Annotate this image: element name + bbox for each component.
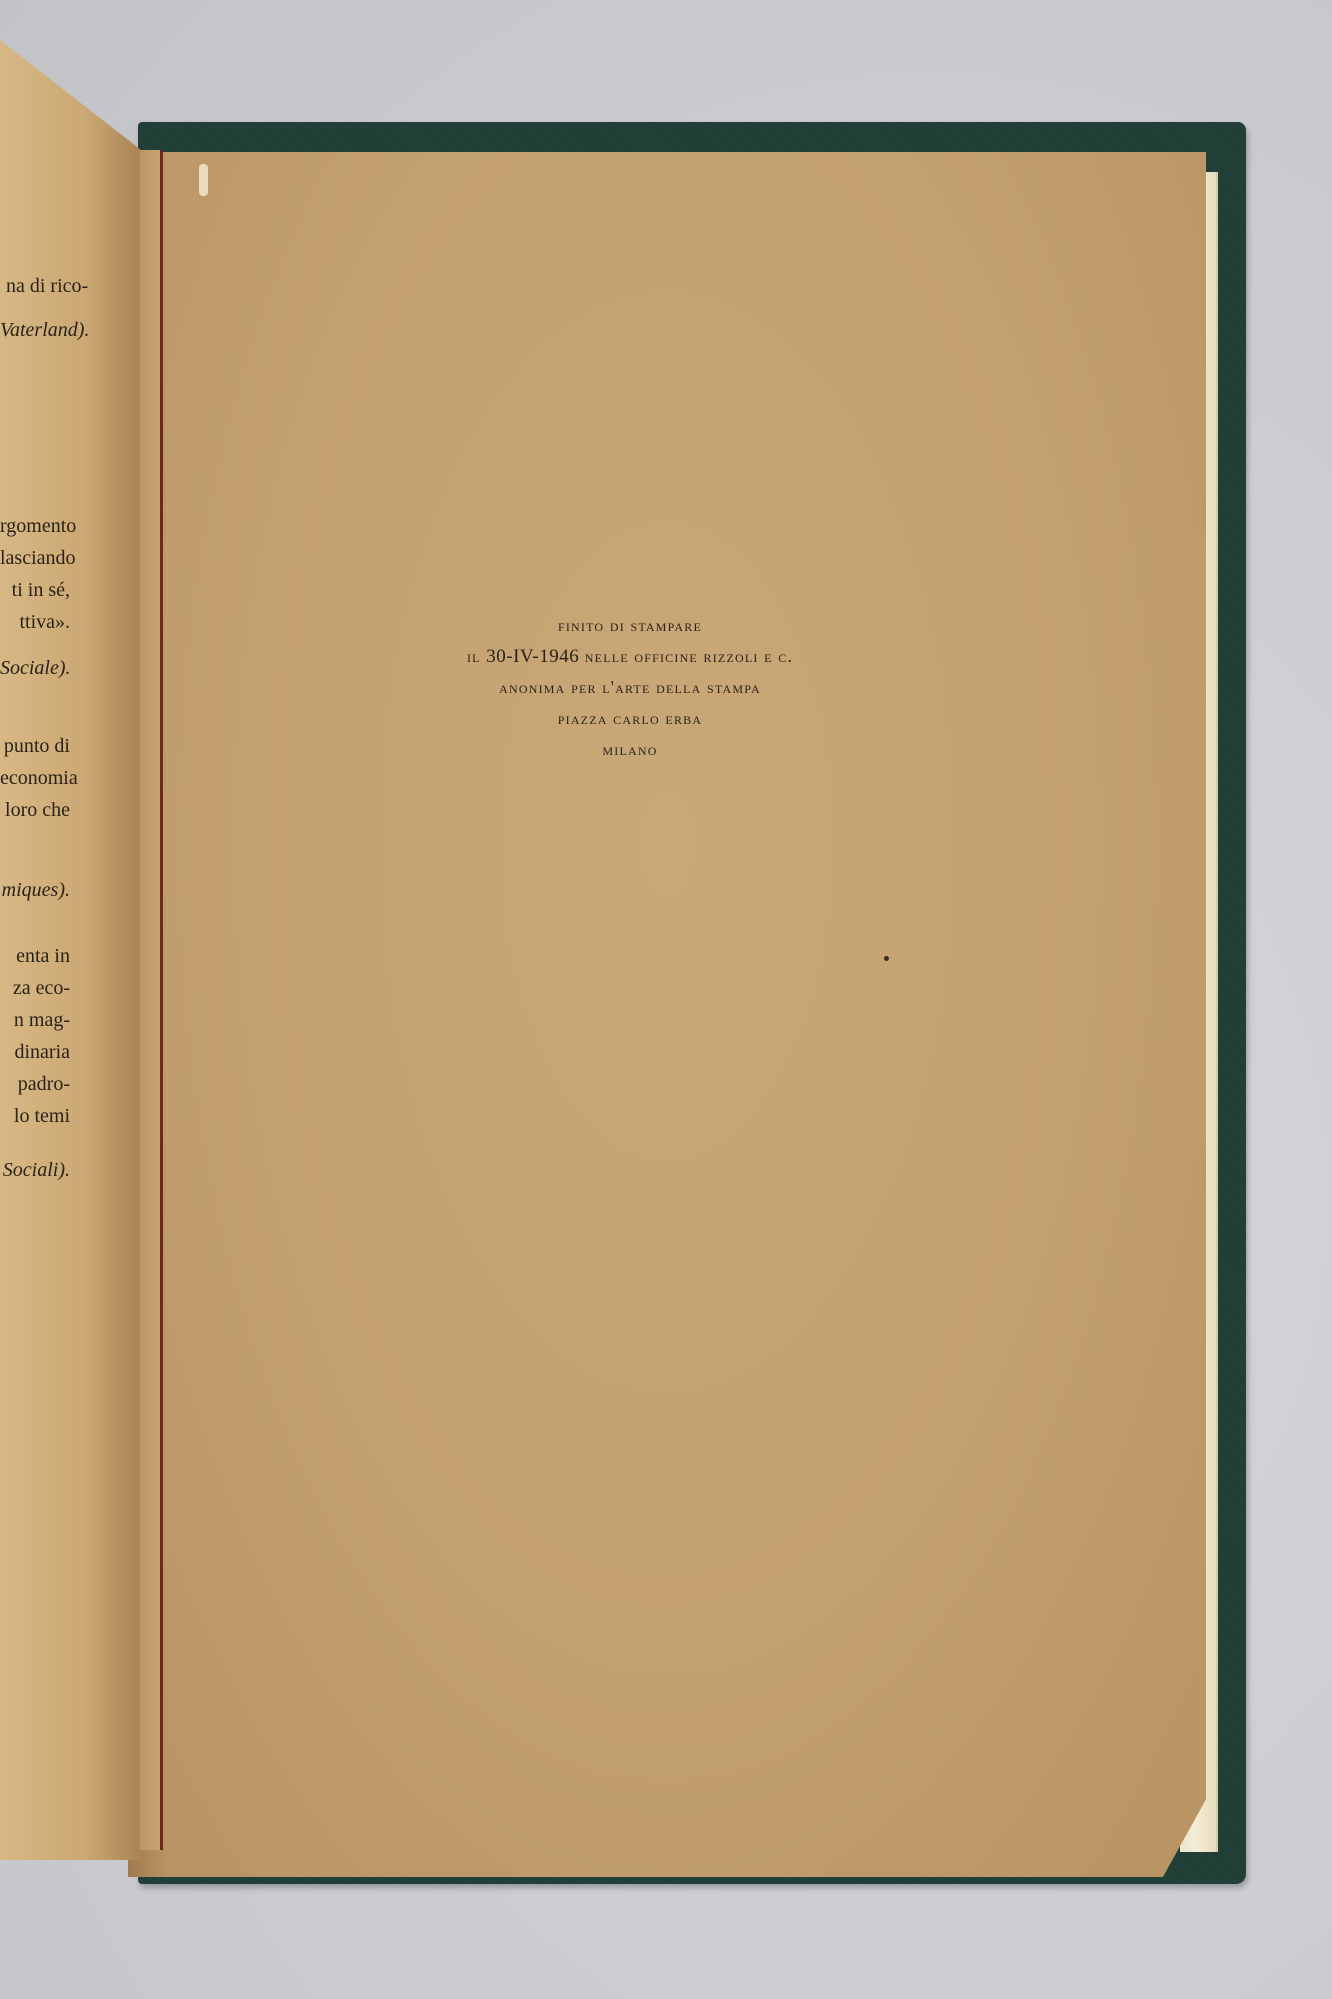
left-line: padro- <box>0 1068 70 1100</box>
paper-speck <box>884 956 889 961</box>
colophon-line-2: IL 30-IV-1946 NELLE OFFICINE RIZZOLI E C… <box>360 641 900 672</box>
left-page: na di rico- Vaterland). rgomento lascian… <box>0 40 140 1860</box>
left-line: ti in sé, <box>0 574 70 606</box>
colophon-line-3: ANONIMA PER L'ARTE DELLA STAMPA <box>360 672 900 703</box>
left-line: Sociali). <box>0 1154 70 1186</box>
left-line: economia <box>0 762 70 794</box>
left-line: lo temi <box>0 1100 70 1132</box>
left-text-block-4: enta in za eco- n mag- dinaria padro- lo… <box>0 940 140 1186</box>
colophon-line-2-prefix: IL <box>467 646 486 666</box>
left-line: lasciando <box>0 542 70 574</box>
left-line: rgomento <box>0 510 70 542</box>
left-line: miques). <box>0 874 70 906</box>
left-line: za eco- <box>0 972 70 1004</box>
left-line: dinaria <box>0 1036 70 1068</box>
colophon-line-4: PIAZZA CARLO ERBA <box>360 703 900 734</box>
colophon-line-5: MILANO <box>360 734 900 765</box>
colophon-line-2-suffix: NELLE OFFICINE RIZZOLI E C. <box>579 646 793 666</box>
colophon-page <box>128 152 1206 1877</box>
left-line: Sociale). <box>0 652 70 684</box>
print-date: 30-IV-1946 <box>486 646 579 667</box>
left-text-block-1: na di rico- Vaterland). <box>0 270 140 346</box>
left-line: Vaterland). <box>0 314 70 346</box>
colophon-text: FINITO DI STAMPARE IL 30-IV-1946 NELLE O… <box>360 610 900 765</box>
left-line: n mag- <box>0 1004 70 1036</box>
left-line: enta in <box>0 940 70 972</box>
colophon-line-1: FINITO DI STAMPARE <box>360 610 900 641</box>
left-line: na di rico- <box>0 270 70 302</box>
left-line: ttiva». <box>0 606 70 638</box>
left-line: punto di <box>0 730 70 762</box>
paper-chip <box>199 164 208 196</box>
left-line: loro che <box>0 794 70 826</box>
left-text-block-2: rgomento lasciando ti in sé, ttiva». Soc… <box>0 510 140 684</box>
left-text-block-3: punto di economia loro che miques). <box>0 730 140 906</box>
